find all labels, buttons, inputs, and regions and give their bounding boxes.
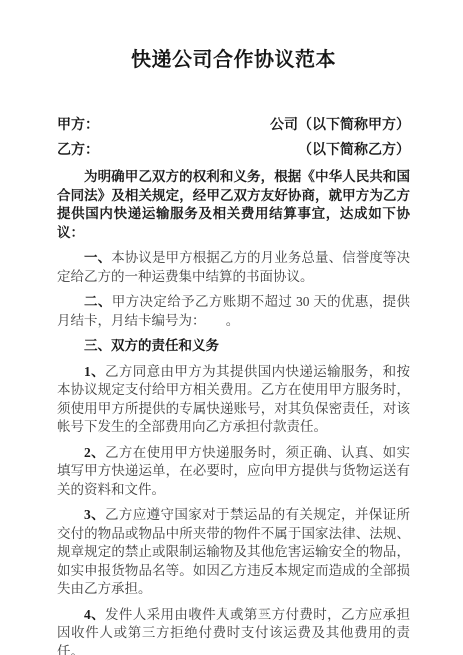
party-a-suffix: 公司（以下简称甲方） — [270, 116, 410, 135]
obligation-3-marker: 3、 — [84, 507, 105, 522]
party-b-suffix: （以下简称乙方） — [298, 141, 410, 160]
obligation-item-1: 1、乙方同意由甲方为其提供国内快递运输服务，和按本协议规定支付给甲方相关费用。乙… — [57, 363, 410, 437]
clause-2-marker: 二、 — [84, 294, 112, 309]
document-title: 快递公司合作协议范本 — [57, 46, 410, 74]
page-number-footer: 第 1 页 共 1 页 — [0, 606, 463, 619]
parties-block: 甲方： 公司（以下简称甲方） 乙方： （以下简称乙方） — [57, 116, 410, 160]
party-b-label: 乙方： — [57, 141, 99, 160]
clause-1-paragraph: 一、本协议是甲方根据乙方的月业务总量、信誉度等决定给乙方的一种运费集中结算的书面… — [57, 249, 410, 286]
preamble-paragraph: 为明确甲乙双方的权利和义务，根据《中华人民共和国合同法》及相关规定，经甲乙双方友… — [57, 168, 410, 242]
clause-1-marker: 一、 — [84, 250, 111, 265]
obligation-item-3: 3、乙方应遵守国家对于禁运品的有关规定，并保证所交付的物品或物品中所夹带的物件不… — [57, 506, 410, 599]
obligation-1-marker: 1、 — [84, 364, 105, 379]
section-3-heading: 三、双方的责任和义务 — [57, 337, 410, 356]
party-a-label: 甲方： — [57, 116, 99, 135]
obligation-2-marker: 2、 — [84, 445, 105, 460]
document-page: 快递公司合作协议范本 甲方： 公司（以下简称甲方） 乙方： （以下简称乙方） 为… — [0, 0, 463, 655]
obligation-2-text: 乙方在使用甲方快递服务时，须正确、认真、如实填写甲方快递运单，在必要时，应向甲方… — [57, 445, 410, 497]
obligation-1-text: 乙方同意由甲方为其提供国内快递运输服务，和按本协议规定支付给甲方相关费用。乙方在… — [57, 364, 410, 435]
clause-2-paragraph: 二、甲方决定给予乙方账期不超过 30 天的优惠，提供月结卡，月结卡编号为： 。 — [57, 293, 410, 330]
obligation-item-2: 2、乙方在使用甲方快递服务时，须正确、认真、如实填写甲方快递运单，在必要时，应向… — [57, 444, 410, 500]
party-b-row: 乙方： （以下简称乙方） — [57, 141, 410, 160]
party-a-row: 甲方： 公司（以下简称甲方） — [57, 116, 410, 135]
obligation-3-text: 乙方应遵守国家对于禁运品的有关规定，并保证所交付的物品或物品中所夹带的物件不属于… — [57, 507, 410, 596]
